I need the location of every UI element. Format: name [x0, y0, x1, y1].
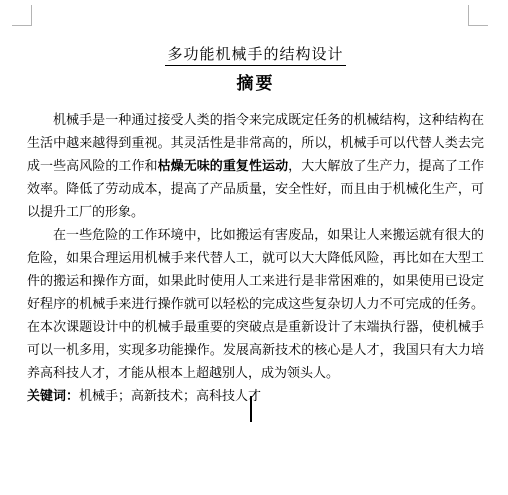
keywords-label[interactable]: 关键词：	[27, 389, 79, 404]
text-cursor	[250, 396, 252, 422]
keywords-line[interactable]: 关键词：机械手；高新技术；高科技人才	[27, 385, 484, 408]
abstract-paragraph-2[interactable]: 在一些危险的工作环境中，比如搬运有害废品，如果让人来搬运就有很大的危险，如果合理…	[27, 224, 484, 385]
keywords-value[interactable]: 机械手；高新技术；高科技人才	[79, 389, 261, 404]
document-page[interactable]: 多功能机械手的结构设计 摘要 机械手是一种通过接受人类的指令来完成既定任务的机械…	[0, 0, 508, 495]
document-title-text[interactable]: 多功能机械手的结构设计	[165, 45, 345, 66]
paragraph-1-bold-phrase[interactable]: 枯燥无味的重复性运动	[158, 159, 289, 174]
abstract-heading[interactable]: 摘要	[27, 74, 484, 94]
margin-mark-top-left-icon	[12, 5, 32, 26]
margin-mark-top-right-icon	[468, 5, 488, 26]
document-title[interactable]: 多功能机械手的结构设计	[27, 44, 484, 64]
document-content[interactable]: 多功能机械手的结构设计 摘要 机械手是一种通过接受人类的指令来完成既定任务的机械…	[27, 44, 484, 408]
abstract-paragraph-1[interactable]: 机械手是一种通过接受人类的指令来完成既定任务的机械结构，这种结构在生活中越来越得…	[27, 109, 484, 224]
